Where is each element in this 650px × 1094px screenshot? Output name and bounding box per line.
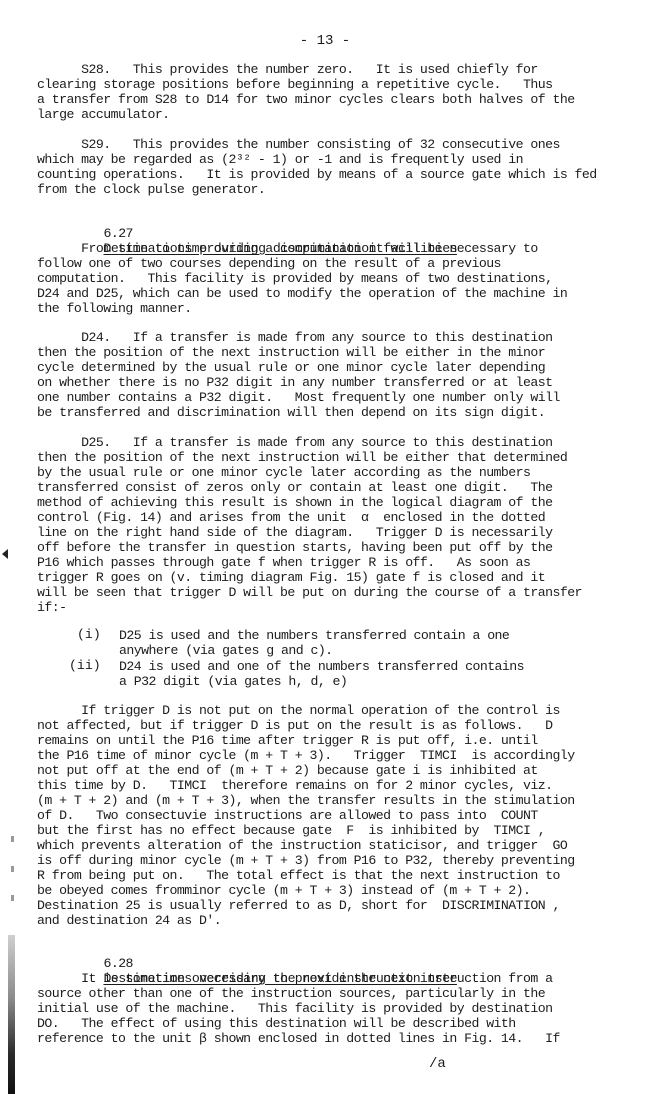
text-line: not put off at the end of (m + T + 2) be… (37, 763, 538, 778)
text-line: follow one of two courses depending on t… (37, 256, 501, 271)
margin-tick (11, 836, 14, 842)
margin-tick (11, 895, 14, 901)
text-line: of D. Two consectuvie instructions are a… (37, 808, 538, 823)
text-line: then the position of the next instructio… (37, 345, 545, 360)
text-line: D24. If a transfer is made from any sour… (37, 330, 552, 345)
text-line: method of achieving this result is shown… (37, 495, 552, 510)
document-page: - 13 - S28. This provides the number zer… (0, 0, 650, 1094)
text-line: If trigger D is not put on the normal op… (37, 703, 560, 718)
text-line: transferred consist of zeros only or con… (37, 480, 552, 495)
list-item-label: (ii) (69, 658, 101, 673)
text-line: a transfer from S28 to D14 for two minor… (37, 92, 575, 107)
text-line: Destination 25 is usually referred to as… (37, 898, 560, 913)
text-line: and destination 24 as D'. (37, 913, 221, 928)
text-line: the P16 time of minor cycle (m + T + 3).… (37, 748, 575, 763)
continuation-mark: /a (429, 1056, 446, 1072)
text-line: D25 is used and the numbers transferred … (119, 628, 509, 643)
binding-shadow (8, 935, 15, 1094)
text-line: remains on until the P16 time after trig… (37, 733, 538, 748)
text-line: if:- (37, 600, 66, 615)
text-line: by the usual rule or one minor cycle lat… (37, 465, 530, 480)
page-number: - 13 - (0, 33, 650, 49)
text-line: large accumulator. (37, 107, 170, 122)
text-line: this time by D. TIMCI therefore remains … (37, 778, 552, 793)
text-line: clearing storage positions before beginn… (37, 77, 552, 92)
text-line: D24 and D25, which can be used to modify… (37, 286, 567, 301)
text-line: DO. The effect of using this destination… (37, 1016, 516, 1031)
section-number: 6.28 (103, 956, 132, 971)
text-line: reference to the unit β shown enclosed i… (37, 1031, 560, 1046)
text-line: is off during minor cycle (m + T + 3) fr… (37, 853, 575, 868)
text-line: It is sometimes necessary to provide the… (37, 971, 552, 986)
text-line: a P32 digit (via gates h, d, e) (119, 674, 347, 689)
text-line: which may be regarded as (2³² - 1) or -1… (37, 152, 523, 167)
text-line: anywhere (via gates g and c). (119, 643, 333, 658)
text-line: trigger R goes on (v. timing diagram Fig… (37, 570, 545, 585)
text-line: then the position of the next instructio… (37, 450, 567, 465)
margin-tick (11, 866, 14, 872)
text-line: control (Fig. 14) and arises from the un… (37, 510, 545, 525)
text-line: S28. This provides the number zero. It i… (37, 62, 538, 77)
text-line: (m + T + 2) and (m + T + 3), when the tr… (37, 793, 575, 808)
text-line: source other than one of the instruction… (37, 986, 545, 1001)
text-line: be transferred and discrimination will t… (37, 405, 545, 420)
text-line: computation. This facility is provided b… (37, 271, 552, 286)
text-line: be obeyed comes fromminor cycle (m + T +… (37, 883, 530, 898)
text-line: from the clock pulse generator. (37, 182, 265, 197)
text-line: the following manner. (37, 301, 192, 316)
text-line: but the first has no effect because gate… (37, 823, 545, 838)
text-line: P16 which passes through gate f when tri… (37, 555, 530, 570)
text-line: D25. If a transfer is made from any sour… (37, 435, 552, 450)
text-line: not affected, but if trigger D is put on… (37, 718, 552, 733)
text-line: will be seen that trigger D will be put … (37, 585, 582, 600)
text-line: counting operations. It is provided by m… (37, 167, 597, 182)
text-line: which prevents alteration of the instruc… (37, 838, 567, 853)
list-item-label: (i) (77, 627, 101, 642)
text-line: R from being put on. The total effect is… (37, 868, 560, 883)
text-line: on whether there is no P32 digit in any … (37, 375, 552, 390)
section-number: 6.27 (103, 226, 132, 241)
text-line: From time to time during a computation i… (37, 241, 538, 256)
text-line: initial use of the machine. This facilit… (37, 1001, 552, 1016)
text-line: cycle determined by the usual rule or on… (37, 360, 545, 375)
text-line: off before the transfer in question star… (37, 540, 552, 555)
text-line: line on the right hand side of the diagr… (37, 525, 552, 540)
text-line: D24 is used and one of the numbers trans… (119, 659, 524, 674)
text-line: S29. This provides the number consisting… (37, 137, 560, 152)
text-line: one number contains a P32 digit. Most fr… (37, 390, 560, 405)
margin-arrow-icon (2, 549, 8, 559)
